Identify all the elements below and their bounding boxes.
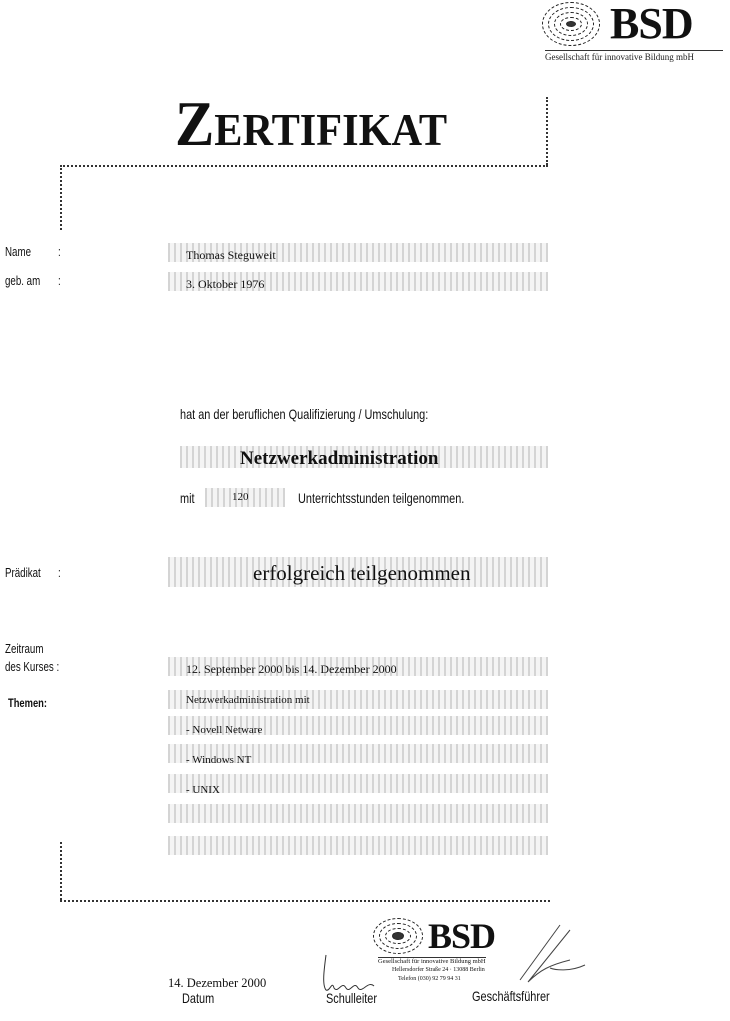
period-label-line2: des Kurses : (5, 660, 59, 674)
grade-colon: : (58, 566, 61, 580)
period-label-line1: Zeitraum (5, 642, 43, 656)
stamp-logo: BSD (372, 918, 495, 954)
topic-item: Netzwerkadministration mit (186, 694, 310, 706)
frame-top-right-vertical (546, 97, 548, 165)
frame-bottom-line (60, 900, 550, 902)
stamp-brand: BSD (428, 918, 495, 954)
frame-bottom-left-vertical (60, 842, 62, 900)
logo-subtitle: Gesellschaft für innovative Bildung mbH (545, 50, 723, 62)
logo-rings-icon (540, 2, 602, 46)
name-label: Name (5, 245, 31, 259)
date-label: Datum (182, 990, 214, 1006)
topic-field-bg-5 (168, 836, 548, 855)
frame-top-left-vertical (60, 165, 62, 230)
mit-label: mit (180, 490, 195, 506)
hours-value: 120 (232, 491, 249, 503)
topic-item: - Novell Netware (186, 724, 262, 736)
hours-suffix: Unterrichtsstunden teilgenommen. (298, 490, 464, 506)
birth-label: geb. am (5, 274, 40, 288)
stamp-rings-icon (372, 918, 424, 954)
page-title: ZERTIFIKAT (175, 92, 447, 156)
period-value: 12. September 2000 bis 14. Dezember 2000 (186, 662, 397, 677)
stamp-phone: Telefon (030) 92 79 94 31 (398, 976, 461, 982)
director-signature (500, 920, 590, 990)
birth-value: 3. Oktober 1976 (186, 277, 264, 292)
frame-top-line (60, 165, 548, 167)
bsd-logo: BSD (540, 2, 693, 46)
topics-label: Themen: (8, 696, 47, 710)
grade-label: Prädikat (5, 566, 41, 580)
topic-field-bg-3 (168, 774, 548, 793)
birth-colon: : (58, 274, 61, 288)
stamp-address: Hellersdorfer Straße 24 · 13088 Berlin (392, 967, 485, 973)
qualification-intro: hat an der beruflichen Qualifizierung / … (180, 406, 428, 422)
name-colon: : (58, 245, 61, 259)
title-initial: Z (175, 88, 214, 159)
name-value: Thomas Steguweit (186, 248, 276, 263)
course-name: Netzwerkadministration (240, 448, 438, 470)
logo-brand: BSD (610, 2, 693, 46)
school-head-label: Schulleiter (326, 990, 377, 1006)
topic-field-bg-4 (168, 804, 548, 823)
topic-item: - UNIX (186, 784, 220, 796)
director-label: Geschäftsführer (472, 988, 550, 1004)
date-value: 14. Dezember 2000 (168, 976, 266, 991)
grade-value: erfolgreich teilgenommen (253, 561, 471, 586)
topic-item: - Windows NT (186, 754, 251, 766)
title-rest: ERTIFIKAT (214, 104, 447, 155)
